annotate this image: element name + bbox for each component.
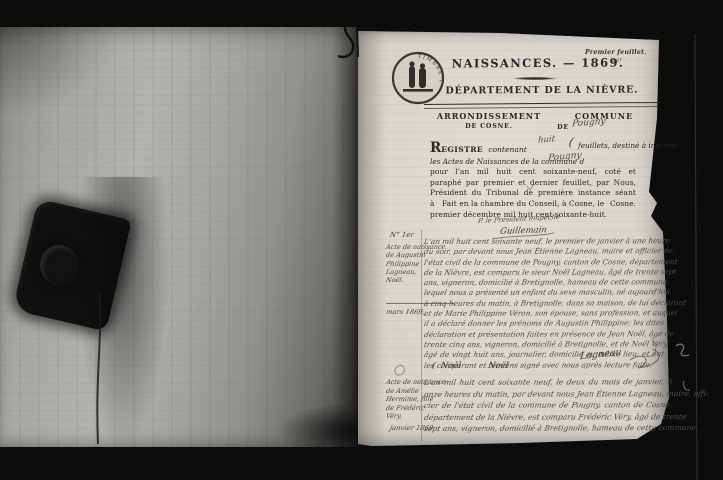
arrondissement-label: ARRONDISSEMENT (428, 111, 550, 121)
president-signature: Guillemain (499, 225, 548, 237)
divider-ornament (512, 77, 558, 80)
handwritten-line: l'état civil de la commune de Pougny, ca… (423, 257, 665, 268)
registre-contenant: contenant (488, 145, 527, 154)
birth-act-2: L'an mil huit cent soixante neuf, le deu… (424, 377, 672, 435)
handwritten-line: cier de l'état civil de la commune de Po… (423, 399, 673, 411)
department-heading: DÉPARTEMENT DE LA NIÈVRE. (428, 84, 656, 96)
handwritten-line: âgé de vingt huit ans, journalier, domic… (423, 349, 665, 360)
handwritten-line: L'an mil huit cent soixante neuf, le deu… (423, 376, 673, 388)
edge-squiggle-1 (676, 344, 689, 355)
scanned-register-photo: TIMBRE IMPÉRIAL Premier feuillet. 1er NA… (0, 0, 723, 480)
registre-lead: REGISTRE contenant (430, 137, 527, 156)
cover-edge-line (695, 35, 697, 480)
left-page (0, 27, 358, 447)
handwritten-line: sept ans, vigneron, domicilié à Bretigno… (423, 423, 673, 435)
birth-act-1: L'an mil huit cent soixante neuf, le pre… (424, 237, 664, 371)
page-clamp-knob (40, 245, 78, 285)
witness-signatures: ( Noël Noël (431, 361, 509, 371)
page-title: NAISSANCES. — 1869. (438, 55, 638, 70)
act-number: N° 1er (389, 231, 414, 239)
registre-word: EGISTRE (441, 145, 483, 154)
arrondissement-value: DE COSNE. (428, 123, 550, 130)
feuillet-count-handwritten: huit (538, 134, 556, 146)
handwritten-line: il a déclaré donner les prénoms de Augus… (423, 319, 665, 330)
handwritten-line: lequel nous a présenté un enfant du sexe… (423, 288, 665, 299)
margin-note-1-date: mars 1869, (385, 308, 425, 316)
registre-initial: R (430, 140, 441, 156)
after-count-text: feuillets, destiné à inscrire (578, 141, 677, 150)
handwritten-line: du soir, par devant nous Jean Étienne La… (423, 246, 665, 257)
